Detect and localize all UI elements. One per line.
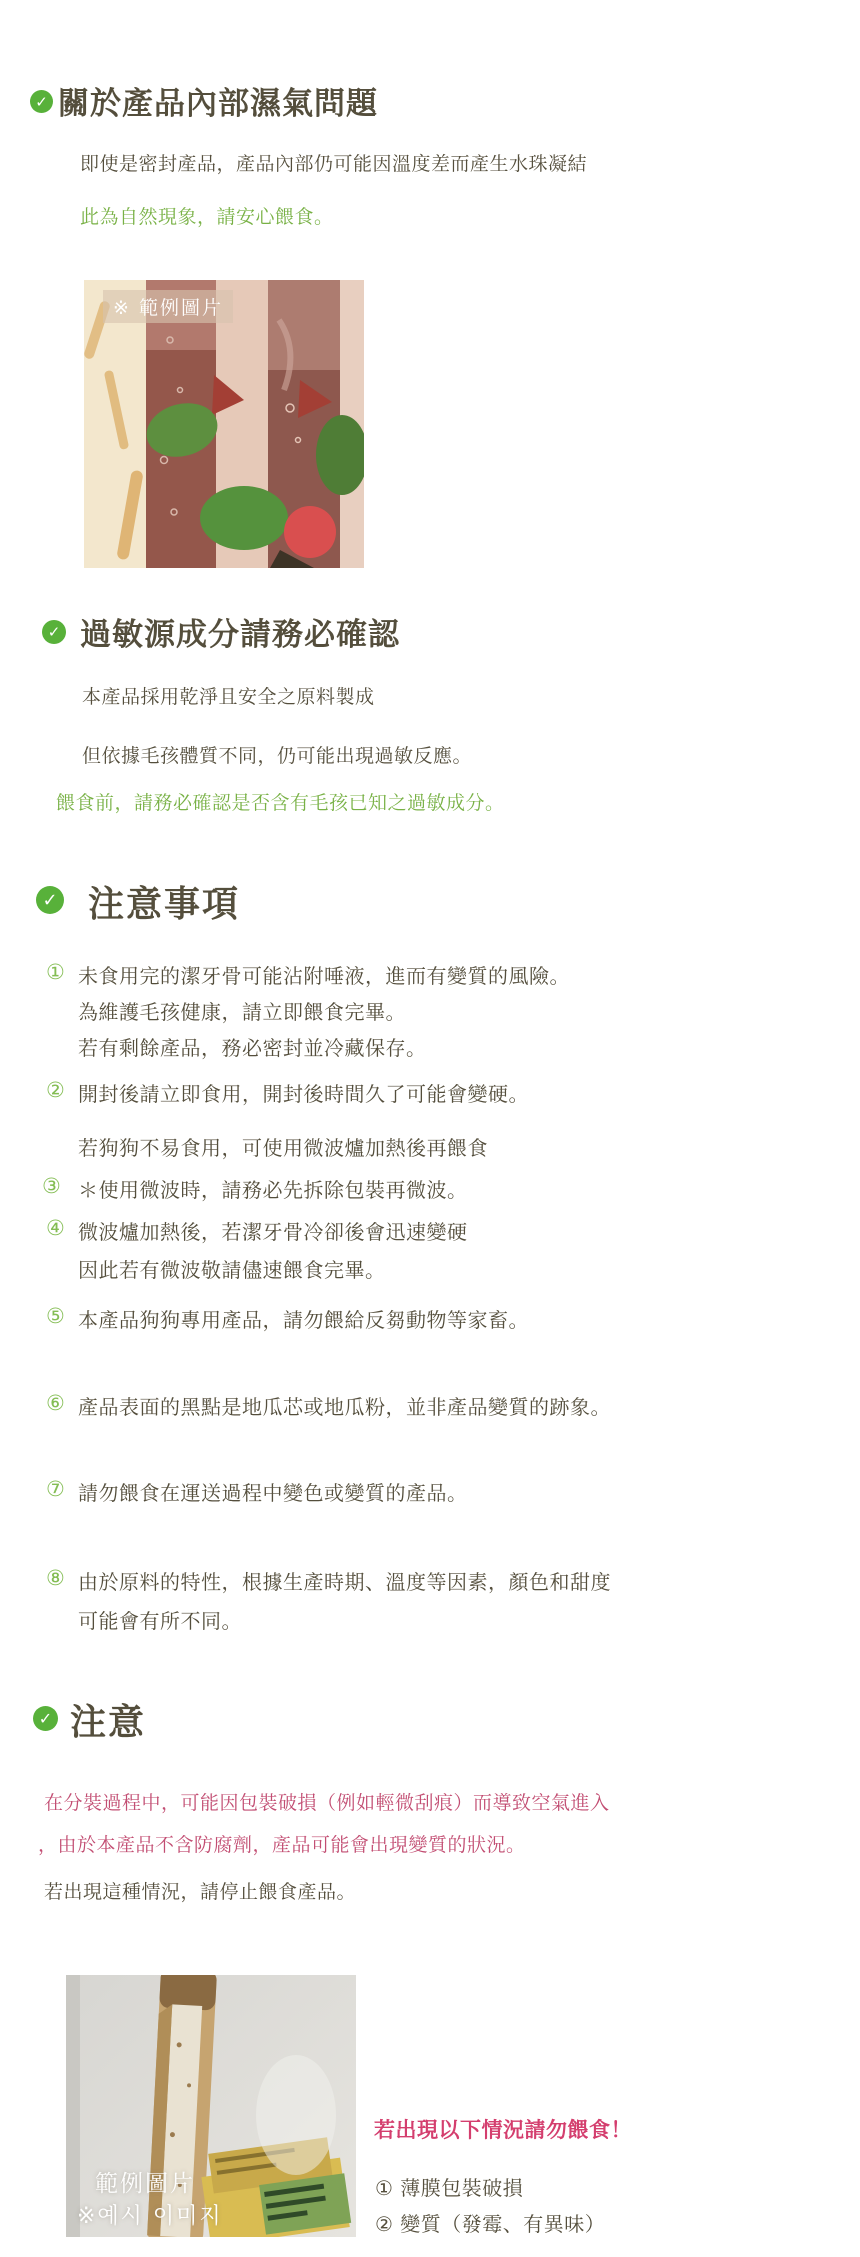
moisture-line-2: 此為自然現象，請安心餵食。 [80, 202, 334, 229]
caution-pink-line-1: 在分裝過程中，可能因包裝破損（例如輕微刮痕）而導致空氣進入 [44, 1788, 610, 1815]
check-circle-icon: ✓ [33, 1706, 58, 1731]
list-marker: ③ [42, 1174, 61, 1198]
product-info-page: ✓ 關於產品內部濕氣問題 即使是密封產品，產品內部仍可能因溫度差而產生水珠凝結 … [0, 0, 860, 2257]
check-circle-icon: ✓ [42, 620, 66, 644]
section-title-moisture: 關於產品內部濕氣問題 [58, 78, 378, 123]
caution-body-line: 若出現這種情況，請停止餵食產品。 [44, 1877, 356, 1904]
check-circle-icon: ✓ [36, 886, 64, 914]
packaged-chews-image [84, 280, 364, 568]
caution-pink-line-2: ，由於本產品不含防腐劑，產品可能會出現變質的狀況。 [38, 1830, 526, 1857]
list-item: 若狗狗不易食用，可使用微波爐加熱後再餵食 [78, 1132, 488, 1161]
example-image-label: ※ 範例圖片 [103, 290, 233, 323]
moisture-line-1: 即使是密封產品，產品內部仍可能因溫度差而產生水珠凝結 [80, 149, 587, 176]
list-marker: ⑧ [46, 1566, 65, 1590]
list-item: 開封後請立即食用，開封後時間久了可能會變硬。 [78, 1078, 529, 1107]
list-item: 因此若有微波敬請儘速餵食完畢。 [78, 1254, 386, 1283]
warning-item-2: ② 變質（發霉、有異味） [375, 2208, 605, 2237]
allergen-line-3: 餵食前，請務必確認是否含有毛孩已知之過敏成分。 [56, 788, 505, 815]
example-image-label: 範例圖片 [95, 2165, 195, 2198]
list-marker: ① [46, 960, 65, 984]
list-item: 本產品狗狗專用產品，請勿餵給反芻動物等家畜。 [78, 1304, 529, 1333]
list-marker: ② [46, 1078, 65, 1102]
check-circle-icon: ✓ [30, 90, 53, 113]
list-item: 可能會有所不同。 [78, 1605, 242, 1634]
warning-item-1: ① 薄膜包裝破損 [375, 2172, 523, 2201]
moisture-example-photo: ※ 範例圖片 [84, 280, 364, 568]
caution-example-photo: 範例圖片 ※예시 이미지 [66, 1975, 356, 2237]
list-item: 請勿餵食在運送過程中變色或變質的產品。 [78, 1477, 468, 1506]
list-item: 產品表面的黑點是地瓜芯或地瓜粉，並非產品變質的跡象。 [78, 1391, 611, 1420]
allergen-line-1: 本產品採用乾淨且安全之原料製成 [82, 682, 375, 709]
section-title-caution: 注意 [70, 1694, 146, 1745]
example-image-label-korean: ※예시 이미지 [77, 2199, 223, 2230]
list-item: 未食用完的潔牙骨可能沾附唾液，進而有變質的風險。 [78, 960, 570, 989]
list-marker: ⑤ [46, 1304, 65, 1328]
list-item: 若有剩餘產品，務必密封並冷藏保存。 [78, 1032, 427, 1061]
allergen-line-2: 但依據毛孩體質不同，仍可能出現過敏反應。 [82, 741, 472, 768]
list-item: 微波爐加熱後，若潔牙骨冷卻後會迅速變硬 [78, 1216, 468, 1245]
section-title-allergen: 過敏源成分請務必確認 [80, 609, 400, 654]
list-marker: ⑥ [46, 1391, 65, 1415]
list-item: 由於原料的特性，根據生產時期、溫度等因素，顏色和甜度 [78, 1566, 611, 1595]
list-item: ＊使用微波時，請務必先拆除包裝再微波。 [78, 1174, 468, 1203]
warning-title: 若出現以下情況請勿餵食！ [374, 2114, 632, 2144]
section-title-precautions: 注意事項 [88, 876, 240, 927]
list-marker: ④ [46, 1216, 65, 1240]
list-marker: ⑦ [46, 1477, 65, 1501]
list-item: 為維護毛孩健康，請立即餵食完畢。 [78, 996, 406, 1025]
